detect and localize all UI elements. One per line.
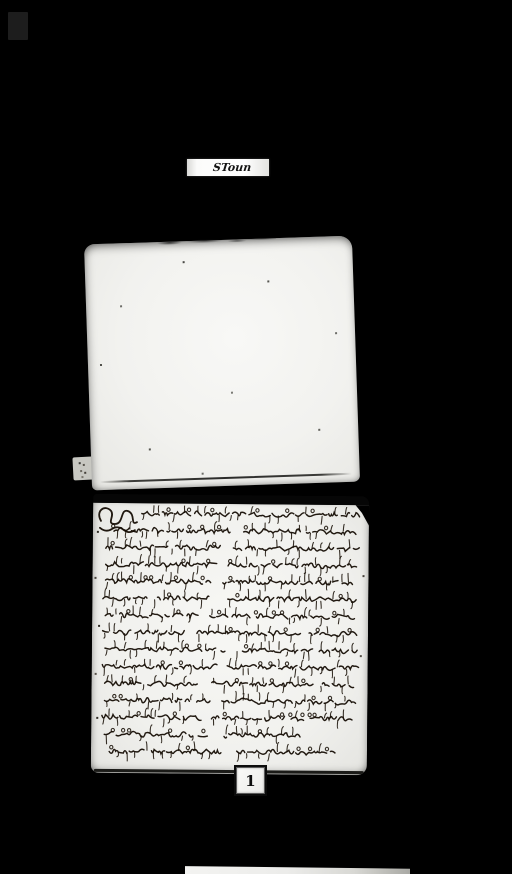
paper-tab bbox=[72, 457, 92, 481]
page-number-tag: 1 bbox=[236, 767, 265, 794]
paper-tab-marks bbox=[79, 462, 81, 464]
lower-manuscript-page bbox=[91, 494, 369, 775]
manuscript-scan-viewer: SToun 1 bbox=[0, 0, 512, 874]
margin-ink-speckles bbox=[93, 503, 95, 505]
page-speckles bbox=[84, 244, 86, 246]
page-edge-smudge bbox=[146, 237, 276, 248]
collection-label-text: SToun bbox=[212, 161, 252, 174]
scan-corner-artifact bbox=[8, 12, 28, 40]
page-number-text: 1 bbox=[245, 772, 255, 790]
collection-label-strip: SToun bbox=[187, 159, 269, 176]
page-crease-line bbox=[100, 473, 352, 483]
upper-blank-page bbox=[84, 236, 360, 491]
page-bottom-edge bbox=[94, 769, 365, 774]
manuscript-text bbox=[93, 505, 367, 765]
next-page-edge bbox=[185, 863, 410, 874]
